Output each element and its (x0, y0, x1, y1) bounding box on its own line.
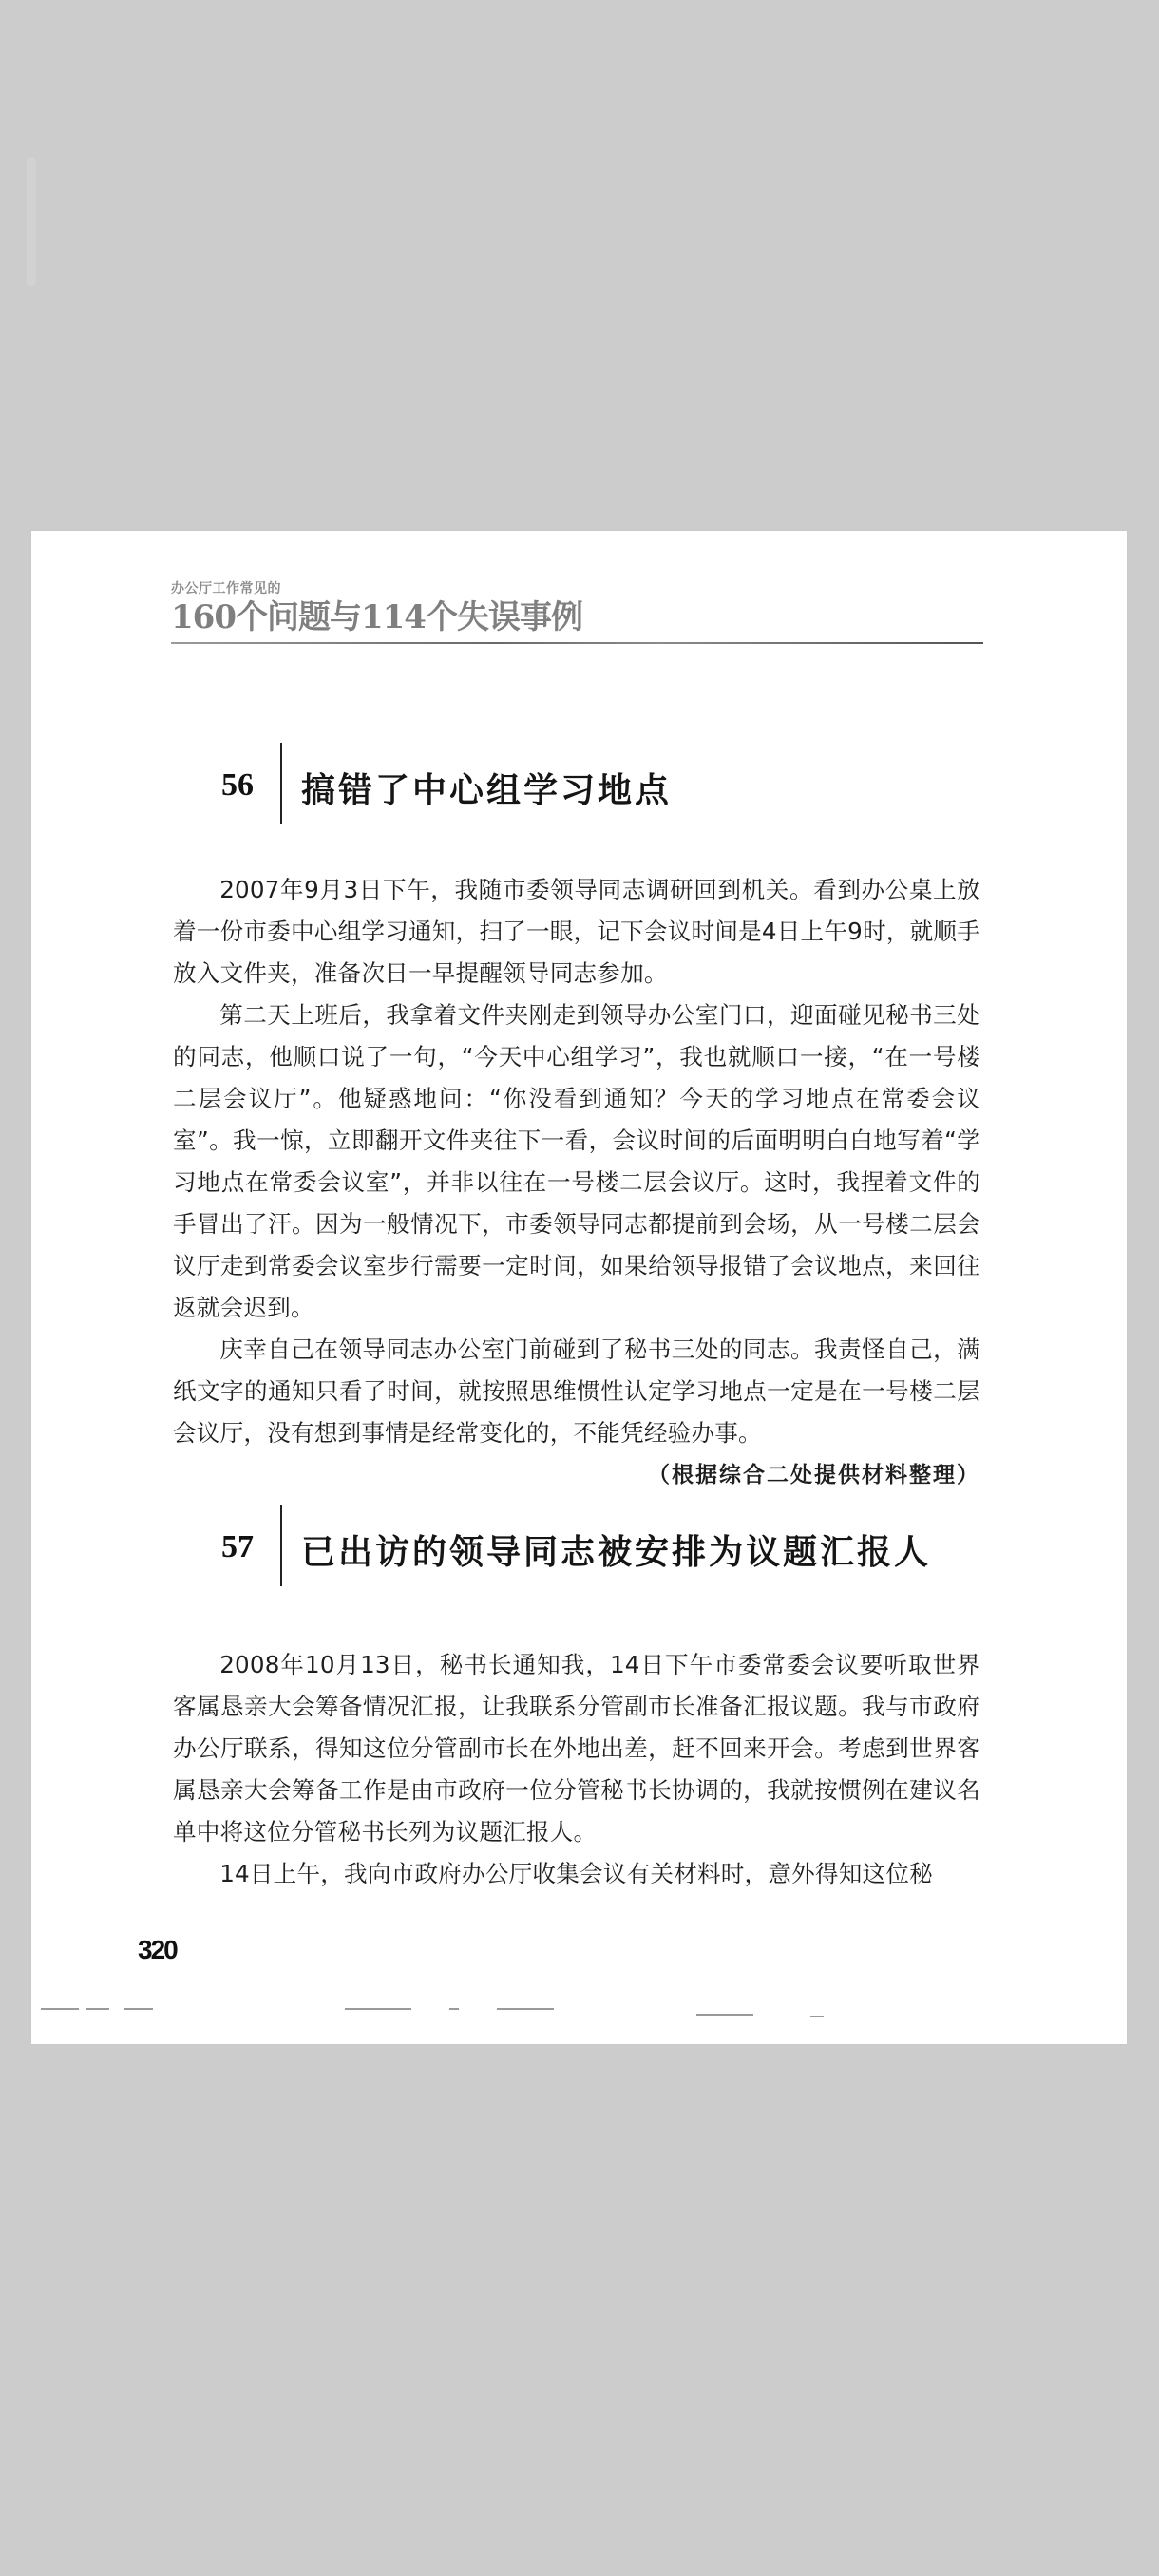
section-body-57: 2008年10月13日，秘书长通知我，14日下午市委常委会议要听取世界客属恳亲大… (173, 1644, 980, 1895)
scan-artifacts (31, 2008, 1127, 2027)
section-number: 56 (221, 767, 254, 804)
section-title: 已出访的领导同志被安排为议题汇报人 (301, 1525, 931, 1574)
section-divider-bar (280, 1505, 282, 1586)
document-page: 办公厅工作常见的 160个问题与114个失误事例 56 搞错了中心组学习地点 2… (31, 531, 1127, 2044)
paragraph: 14日上午，我向市政府办公厅收集会议有关材料时，意外得知这位秘 (173, 1853, 980, 1895)
paragraph: 第二天上班后，我拿着文件夹刚走到领导办公室门口，迎面碰见秘书三处的同志，他顺口说… (173, 994, 980, 1329)
section-body-56: 2007年9月3日下午，我随市委领导同志调研回到机关。看到办公桌上放着一份市委中… (173, 869, 980, 1496)
running-head: 办公厅工作常见的 160个问题与114个失误事例 (171, 580, 983, 644)
source-note: （根据综合二处提供材料整理） (173, 1454, 980, 1496)
section-heading-56: 56 搞错了中心组学习地点 (31, 743, 1127, 824)
vertical-scrollbar[interactable] (27, 157, 36, 286)
paragraph: 庆幸自己在领导同志办公室门前碰到了秘书三处的同志。我责怪自己，满纸文字的通知只看… (173, 1329, 980, 1454)
section-title: 搞错了中心组学习地点 (301, 764, 672, 812)
section-divider-bar (280, 743, 282, 824)
paragraph: 2007年9月3日下午，我随市委领导同志调研回到机关。看到办公桌上放着一份市委中… (173, 869, 980, 994)
paragraph: 2008年10月13日，秘书长通知我，14日下午市委常委会议要听取世界客属恳亲大… (173, 1644, 980, 1853)
section-number: 57 (221, 1529, 254, 1565)
header-rule (171, 642, 983, 644)
section-heading-57: 57 已出访的领导同志被安排为议题汇报人 (31, 1505, 1127, 1586)
series-label: 办公厅工作常见的 (171, 580, 983, 597)
page-number: 320 (138, 1935, 177, 1965)
book-title: 160个问题与114个失误事例 (171, 598, 983, 636)
